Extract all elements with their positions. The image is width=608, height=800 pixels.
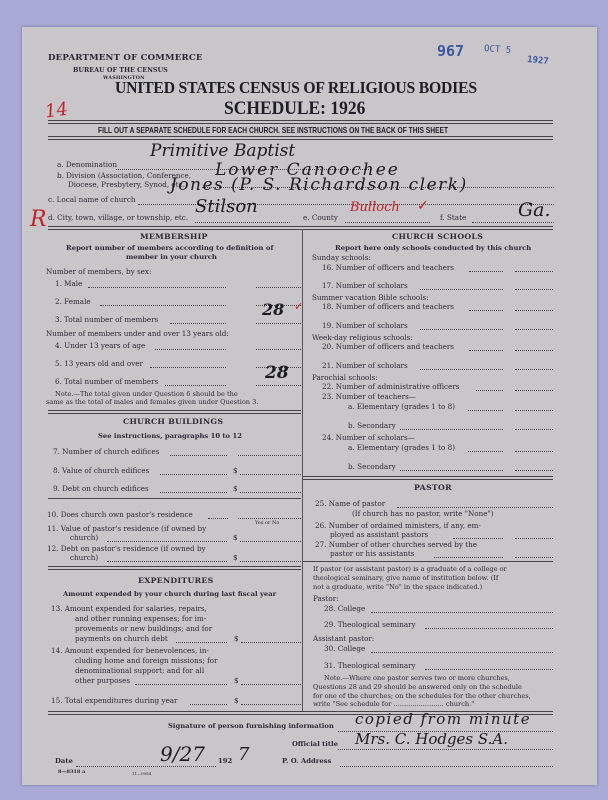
- denomination-label: a. Denomination: [57, 160, 117, 169]
- date-line: [76, 766, 216, 767]
- q16-input[interactable]: [515, 271, 553, 272]
- q13-label-cont-2: provements or new buildings; and for: [75, 624, 212, 633]
- q2-female-label: 2. Female: [55, 297, 91, 306]
- official-title-field[interactable]: Mrs. C. Hodges S.A.: [355, 730, 508, 748]
- q7-leader: [170, 455, 227, 456]
- received-stamp-year: 1927: [527, 55, 550, 67]
- page-number-annotation: 14: [44, 99, 70, 123]
- q9-debt-label: 9. Debt on church edifices: [53, 484, 149, 493]
- bureau-name: BUREAU OF THE CENSUS: [73, 66, 168, 74]
- expenditures-heading: EXPENDITURES: [138, 576, 214, 585]
- graduate-instruction: If pastor (or assistant pastor) is a gra…: [313, 565, 507, 573]
- q12-leader: [107, 561, 227, 562]
- church-buildings-subheading: See instructions, paragraphs 10 to 12: [98, 432, 242, 440]
- expenditures-subheading: Amount expended by your church during la…: [63, 590, 276, 598]
- q8-dollar-sign: $: [233, 466, 238, 475]
- q21-leader: [420, 369, 503, 370]
- q6-total-label: 6. Total number of members: [55, 377, 158, 386]
- q17-input[interactable]: [515, 289, 553, 290]
- q13-label-cont-3: payments on church debt: [75, 634, 168, 643]
- margin-annotation: R: [30, 207, 47, 232]
- q25-pastor-name-input[interactable]: [397, 507, 553, 508]
- q24a-input[interactable]: [515, 451, 553, 452]
- q27-label-cont: pastor or his assistants: [330, 549, 415, 558]
- q13-leader: [176, 642, 227, 643]
- state-line: [472, 222, 554, 223]
- official-title-line: [338, 749, 553, 750]
- q1-male-input[interactable]: [256, 287, 301, 288]
- header-divider: [48, 120, 553, 124]
- q23a-input[interactable]: [515, 410, 553, 411]
- q3-total-label: 3. Total number of members: [55, 315, 158, 324]
- q24b-leader: [400, 470, 503, 471]
- q9-leader: [160, 492, 227, 493]
- q25-hint: (If church has no pastor, write "None"): [352, 509, 494, 518]
- q20-leader: [469, 350, 503, 351]
- q24-label: 24. Number of scholars—: [322, 433, 415, 442]
- q22-label: 22. Number of administrative officers: [322, 382, 459, 391]
- q14-leader: [135, 684, 227, 685]
- q23a-leader: [468, 410, 503, 411]
- q16-label: 16. Number of officers and teachers: [322, 263, 454, 272]
- q10-leader: [208, 518, 228, 519]
- q8-leader: [160, 474, 227, 475]
- q17-label: 17. Number of scholars: [322, 281, 408, 290]
- county-label: e. County: [303, 213, 338, 222]
- local-name-label: c. Local name of church: [48, 195, 136, 204]
- pastor-note-cont-3: write "See schedule for ................…: [313, 700, 474, 708]
- q7-edifices-label: 7. Number of church edifices: [53, 447, 159, 456]
- q9-dollar-sign: $: [233, 484, 238, 493]
- q25-pastor-name-label: 25. Name of pastor: [315, 499, 385, 508]
- q15-leader: [190, 704, 227, 705]
- county-line: [345, 222, 430, 223]
- q10-residence-label: 10. Does church own pastor's residence: [47, 510, 193, 519]
- q27-label: 27. Number of other churches served by t…: [315, 540, 477, 549]
- membership-divider: [48, 410, 301, 414]
- q1-leader: [88, 287, 226, 288]
- q3-leader: [170, 323, 226, 324]
- q17-leader: [420, 289, 503, 290]
- q14-label-cont-2: denominational support; and for all: [75, 666, 204, 675]
- q16-leader: [469, 271, 503, 272]
- q18-input[interactable]: [515, 310, 553, 311]
- church-schools-subheading: Report here only schools conducted by th…: [335, 244, 531, 252]
- q29-seminary-input[interactable]: [425, 628, 553, 629]
- po-address-label: P. O. Address: [282, 757, 331, 765]
- q12-residence-debt-label: 12. Debt on pastor's residence (if owned…: [47, 544, 206, 553]
- q12-residence-debt-input[interactable]: [240, 561, 301, 562]
- denomination-field[interactable]: Primitive Baptist: [150, 141, 295, 161]
- q13-running-expenses-label: 13. Amount expended for salaries, repair…: [51, 604, 207, 613]
- q19-leader: [420, 329, 503, 330]
- q26-leader: [453, 538, 503, 539]
- members-by-age-label: Number of members under and over 13 year…: [46, 329, 229, 338]
- buildings-bottom-divider: [48, 566, 301, 570]
- summer-schools-label: Summer vacation Bible schools:: [312, 293, 429, 302]
- po-address-input[interactable]: [340, 766, 553, 767]
- schools-divider: [303, 476, 553, 480]
- pastor-note-cont-2: for one of the churches; on the schedule…: [313, 692, 531, 700]
- q21-input[interactable]: [515, 369, 553, 370]
- q13-dollar-sign: $: [234, 634, 239, 643]
- membership-heading: MEMBERSHIP: [140, 232, 208, 241]
- weekday-schools-label: Week-day religious schools:: [312, 333, 413, 342]
- print-code: 11—0084: [132, 771, 151, 776]
- assistant-pastor-label: Assistant pastor:: [313, 634, 374, 643]
- q1-male-label: 1. Male: [55, 279, 82, 288]
- q7-edifices-input[interactable]: [238, 455, 301, 456]
- q30-college-label: 30. College: [324, 644, 365, 653]
- q4-under13-input[interactable]: [256, 349, 301, 350]
- q28-college-input[interactable]: [371, 612, 553, 613]
- q14-label-cont-3: other purposes: [75, 676, 130, 685]
- county-check-mark: ✓: [417, 198, 429, 214]
- date-field[interactable]: 9/27: [160, 742, 205, 766]
- q12-dollar-sign: $: [233, 553, 238, 562]
- q18-leader: [469, 310, 503, 311]
- graduate-instruction-cont-2: not a graduate, write "No" in the space …: [313, 583, 482, 591]
- q31-seminary-input[interactable]: [425, 669, 553, 670]
- city-line: [195, 222, 290, 223]
- q8-value-label: 8. Value of church edifices: [53, 466, 149, 475]
- q5-over13-label: 5. 13 years old and over: [55, 359, 143, 368]
- q11-residence-value-label: 11. Value of pastor's residence (if owne…: [47, 524, 206, 533]
- instruction-divider: [48, 136, 553, 140]
- q15-total-expenditures-input[interactable]: [241, 704, 301, 705]
- q4-under13-label: 4. Under 13 years of age: [55, 341, 145, 350]
- q27-leader: [434, 557, 503, 558]
- buildings-divider: [48, 498, 301, 499]
- signature-field[interactable]: copied from minute: [355, 710, 531, 728]
- q9-debt-input[interactable]: [240, 492, 301, 493]
- q22-input[interactable]: [515, 390, 553, 391]
- q20-label: 20. Number of officers and teachers: [322, 342, 454, 351]
- q26-label-cont: ployed as assistant pastors: [330, 530, 428, 539]
- q13-label-cont-1: and other running expenses; for im-: [75, 614, 206, 623]
- sunday-schools-label: Sunday schools:: [312, 253, 371, 262]
- city-field[interactable]: Stilson: [195, 196, 258, 217]
- church-schools-heading: CHURCH SCHOOLS: [392, 232, 483, 241]
- pastor-heading: PASTOR: [414, 483, 452, 492]
- q23b-label: b. Secondary: [348, 421, 396, 430]
- date-label: Date: [55, 757, 73, 765]
- official-title-label: Official title: [292, 740, 338, 748]
- q30-college-input[interactable]: [371, 652, 553, 653]
- q26-input[interactable]: [515, 538, 553, 539]
- membership-intro: Report number of members according to de…: [66, 244, 273, 252]
- membership-note-cont: same as the total of males and females g…: [46, 398, 258, 406]
- form-title: UNITED STATES CENSUS OF RELIGIOUS BODIES: [115, 78, 477, 98]
- q29-seminary-label: 29. Theological seminary: [324, 620, 416, 629]
- q2-leader: [100, 305, 226, 306]
- pastor-divider: [303, 561, 553, 562]
- q26-label: 26. Number of ordained ministers, if any…: [315, 521, 481, 530]
- pastor-subsection-label: Pastor:: [313, 594, 339, 603]
- q6-total-input[interactable]: [256, 385, 301, 386]
- q11-dollar-sign: $: [233, 533, 238, 542]
- q19-label: 19. Number of scholars: [322, 321, 408, 330]
- church-buildings-heading: CHURCH BUILDINGS: [123, 417, 223, 426]
- parochial-schools-label: Parochial schools:: [312, 373, 378, 382]
- form-subtitle: SCHEDULE: 1926: [224, 98, 365, 120]
- q23-label: 23. Number of teachers—: [322, 392, 416, 401]
- fill-out-instruction: FILL OUT A SEPARATE SCHEDULE FOR EACH CH…: [98, 125, 448, 135]
- q3-total-input[interactable]: [256, 323, 301, 324]
- q12-label-cont: church): [70, 553, 98, 562]
- q10-yes-no-hint: Yes or No: [255, 520, 279, 526]
- q22-leader: [476, 390, 503, 391]
- q14-benevolences-label: 14. Amount expended for benevolences, in…: [51, 646, 209, 655]
- female-check-mark: ✓: [294, 300, 303, 313]
- q6-leader: [165, 385, 226, 386]
- state-label: f. State: [440, 213, 466, 222]
- state-field[interactable]: Ga.: [518, 199, 551, 221]
- q24a-label: a. Elementary (grades 1 to 8): [348, 443, 455, 452]
- q8-value-input[interactable]: [240, 474, 301, 475]
- city-label: d. City, town, village, or township, etc…: [48, 213, 188, 222]
- q28-college-label: 28. College: [324, 604, 365, 613]
- local-name-field[interactable]: Jones (P. S. Richardson clerk): [170, 175, 468, 195]
- q5-leader: [150, 367, 226, 368]
- pastor-note-cont-1: Questions 28 and 29 should be answered o…: [313, 683, 522, 691]
- q14-dollar-sign: $: [234, 676, 239, 685]
- q23b-leader: [400, 429, 503, 430]
- q15-total-expenditures-label: 15. Total expenditures during year: [51, 696, 177, 705]
- date-year-suffix: 7: [238, 744, 249, 765]
- department-name: DEPARTMENT OF COMMERCE: [48, 53, 203, 63]
- membership-intro-cont: member in your church: [126, 253, 217, 261]
- date-year-prefix: 192: [218, 757, 232, 765]
- q10-residence-input[interactable]: [238, 518, 301, 519]
- q21-label: 21. Number of scholars: [322, 361, 408, 370]
- q19-input[interactable]: [515, 329, 553, 330]
- q6-total-value: 28: [265, 363, 289, 383]
- q31-seminary-label: 31. Theological seminary: [324, 661, 416, 670]
- q14-benevolences-input[interactable]: [241, 684, 301, 685]
- q20-input[interactable]: [515, 350, 553, 351]
- pastor-note: Note.—Where one pastor serves two or mor…: [324, 674, 510, 682]
- signature-label: Signature of person furnishing informati…: [168, 722, 334, 730]
- q11-leader: [107, 541, 227, 542]
- received-stamp-date: OCT 5: [484, 44, 512, 56]
- q24a-leader: [468, 451, 503, 452]
- q23a-label: a. Elementary (grades 1 to 8): [348, 402, 455, 411]
- q18-label: 18. Number of officers and teachers: [322, 302, 454, 311]
- received-stamp-number: 967: [437, 42, 464, 60]
- q23b-input[interactable]: [515, 429, 553, 430]
- q4-leader: [155, 349, 226, 350]
- membership-note: Note.—The total given under Question 6 s…: [55, 390, 238, 398]
- q11-residence-value-input[interactable]: [240, 541, 301, 542]
- identification-divider: [48, 226, 553, 230]
- q24b-input[interactable]: [515, 470, 553, 471]
- q11-label-cont: church): [70, 533, 98, 542]
- members-by-sex-label: Number of members, by sex:: [46, 267, 151, 276]
- q13-running-expenses-input[interactable]: [241, 642, 301, 643]
- q2-female-value: 28: [262, 300, 284, 319]
- graduate-instruction-cont-1: theological seminary, give name of insti…: [313, 574, 498, 582]
- form-code: 8—8318 a: [58, 769, 85, 775]
- county-field[interactable]: Bulloch: [350, 200, 400, 215]
- q24b-label: b. Secondary: [348, 462, 396, 471]
- q14-label-cont-1: cluding home and foreign missions; for: [75, 656, 218, 665]
- q15-dollar-sign: $: [234, 696, 239, 705]
- q27-input[interactable]: [515, 557, 553, 558]
